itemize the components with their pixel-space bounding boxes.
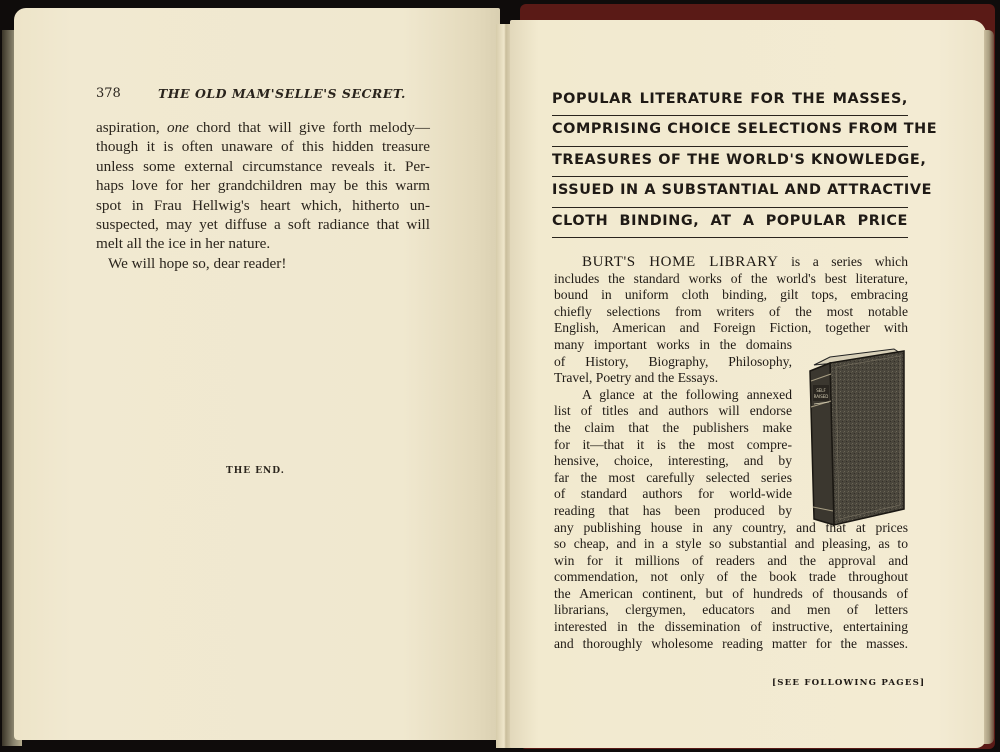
body-line: English, American and Foreign Fiction, t… (554, 320, 908, 337)
body-line: of History, Biography, Philosophy, (554, 354, 792, 371)
headline-line: CLOTH BINDING, AT A POPULAR PRICE (552, 208, 908, 238)
headline-line: POPULAR LITERATURE FOR THE MASSES, (552, 86, 908, 116)
left-page-body: aspiration, one chord that will give for… (96, 118, 430, 273)
see-following-pages-note: [SEE FOLLOWING PAGES] (772, 678, 925, 688)
running-title: THE OLD MAM'SELLE'S SECRET. (158, 86, 406, 101)
body-line: though it is often unaware of this hidde… (96, 137, 430, 156)
body-line: commendation, not only of the book trade… (554, 569, 908, 586)
body-line: includes the standard works of the world… (554, 271, 908, 288)
right-page-stack-edge (984, 30, 994, 744)
body-line: far the most carefully selected series (554, 470, 792, 487)
body-line: the American continent, but of hundreds … (554, 586, 908, 603)
page-number: 378 (96, 86, 121, 101)
headline-line: TREASURES OF THE WORLD'S KNOWLEDGE, (552, 147, 908, 177)
emphasis: one (167, 119, 189, 136)
body-line: Travel, Poetry and the Essays. (554, 370, 792, 387)
body-line: and thoroughly wholesome reading matter … (554, 636, 908, 653)
body-line: so cheap, and in a style so substantial … (554, 536, 908, 553)
body-line: spot in Frau Hellwig's heart which, hith… (96, 196, 430, 215)
body-line: interested in the dissemination of instr… (554, 619, 908, 636)
body-line: aspiration, one chord that will give for… (96, 118, 430, 137)
body-line: melt all the ice in her nature. (96, 234, 430, 253)
body-line: A glance at the following annexed (554, 387, 792, 404)
body-line: haps love for her grandchildren may be t… (96, 176, 430, 195)
body-line: many important works in the domains (554, 337, 792, 354)
body-line: BURT'S HOME LIBRARY is a series which (554, 254, 908, 271)
headline-line: ISSUED IN A SUBSTANTIAL AND ATTRACTIVE (552, 177, 908, 207)
body-line: chiefly selections from writers of the m… (554, 304, 908, 321)
the-end-label: THE END. (226, 466, 285, 476)
body-line: unless some external circumstance reveal… (96, 157, 430, 176)
body-line: win for it millions of readers and the a… (554, 553, 908, 570)
svg-text:RAISED: RAISED (814, 394, 829, 399)
book-spread-photo: 378 THE OLD MAM'SELLE'S SECRET. aspirati… (0, 0, 1000, 752)
advert-headline: POPULAR LITERATURE FOR THE MASSES, COMPR… (552, 86, 908, 238)
body-line: suspected, may yet diffuse a soft radian… (96, 215, 430, 234)
body-line: reading that has been produced by (554, 503, 792, 520)
library-name: BURT'S HOME LIBRARY (582, 254, 779, 270)
book-icon: SELF RAISED (800, 347, 910, 527)
body-line: We will hope so, dear reader! (96, 254, 430, 273)
headline-line: COMPRISING CHOICE SELECTIONS FROM THE (552, 116, 908, 146)
body-line: bound in uniform cloth binding, gilt top… (554, 287, 908, 304)
body-line: the claim that the publishers make (554, 420, 792, 437)
body-line: hensive, choice, interesting, and by (554, 453, 792, 470)
body-line: for it—that it is the most compre- (554, 437, 792, 454)
body-line: of standard authors for world-wide (554, 486, 792, 503)
body-line: librarians, clergymen, educators and men… (554, 602, 908, 619)
body-line: list of titles and authors will endorse (554, 403, 792, 420)
svg-text:SELF: SELF (816, 388, 826, 393)
